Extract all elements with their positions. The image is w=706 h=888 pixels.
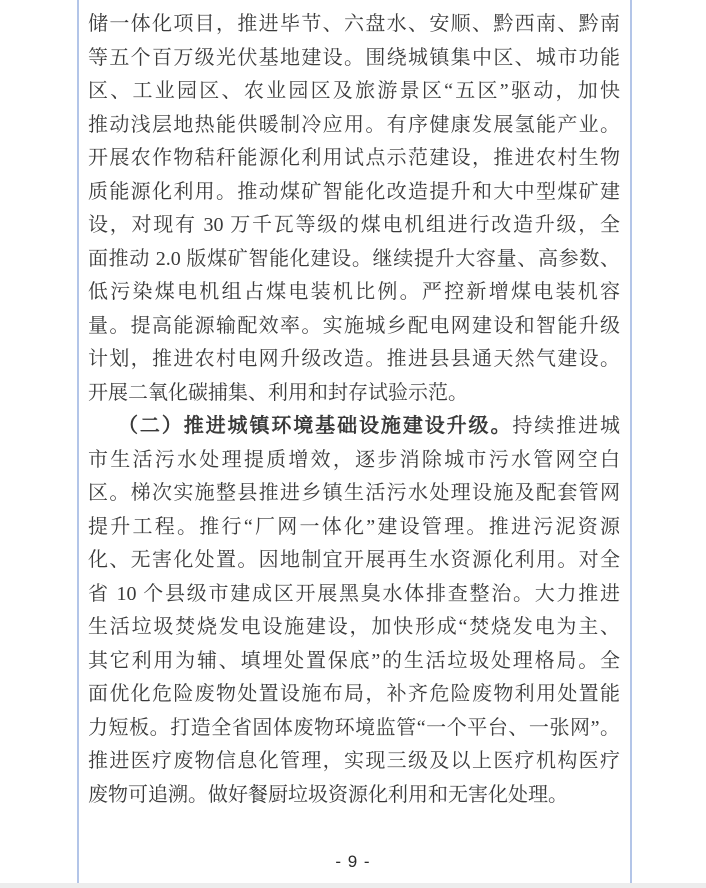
text-line: 生活垃圾焚烧发电设施建设，加快形成“焚烧发电为主、 <box>88 611 620 645</box>
body-text: 提升工程。推行“厂网一体化”建设管理。推进污泥资源 <box>88 516 620 538</box>
text-line: 化、无害化处置。因地制宜开展再生水资源化利用。对全 <box>88 544 620 578</box>
body-text: 面推动 2.0 版煤矿智能化建设。继续提升大容量、高参数、 <box>88 248 620 270</box>
text-line: 开展农作物秸秆能源化利用试点示范建设，推进农村生物 <box>88 142 620 176</box>
text-line: 废物可追溯。做好餐厨垃圾资源化利用和无害化处理。 <box>88 779 620 813</box>
text-line: 等五个百万级光伏基地建设。围绕城镇集中区、城市功能 <box>88 42 620 76</box>
text-line: （二）推进城镇环境基础设施建设升级。持续推进城 <box>88 410 620 444</box>
body-text: 区。梯次实施整县推进乡镇生活污水处理设施及配套管网 <box>88 482 620 504</box>
body-text: 计划，推进农村电网升级改造。推进县县通天然气建设。 <box>88 348 620 370</box>
scan-artifact-band <box>0 883 706 888</box>
text-line: 量。提高能源输配效率。实施城乡配电网建设和智能升级 <box>88 310 620 344</box>
body-text: 面优化危险废物处置设施布局，补齐危险废物利用处置能 <box>88 683 620 705</box>
body-text: 区、工业园区、农业园区及旅游景区“五区”驱动，加快 <box>88 80 620 102</box>
body-text: 储一体化项目，推进毕节、六盘水、安顺、黔西南、黔南 <box>88 13 620 35</box>
body-text: 市生活污水处理提质增效，逐步消除城市污水管网空白 <box>88 449 620 471</box>
text-line: 储一体化项目，推进毕节、六盘水、安顺、黔西南、黔南 <box>88 8 620 42</box>
text-line: 推进医疗废物信息化管理，实现三级及以上医疗机构医疗 <box>88 745 620 779</box>
body-text: 质能源化利用。推动煤矿智能化改造提升和大中型煤矿建 <box>88 181 620 203</box>
body-text: 设，对现有 30 万千瓦等级的煤电机组进行改造升级，全 <box>88 214 620 236</box>
body-text: 持续推进城 <box>512 415 620 437</box>
text-line: 力短板。打造全省固体废物环境监管“一个平台、一张网”。 <box>88 712 620 746</box>
text-line: 低污染煤电机组占煤电装机比例。严控新增煤电装机容 <box>88 276 620 310</box>
body-text: 量。提高能源输配效率。实施城乡配电网建设和智能升级 <box>88 315 620 337</box>
body-text: 等五个百万级光伏基地建设。围绕城镇集中区、城市功能 <box>88 47 620 69</box>
document-body: 储一体化项目，推进毕节、六盘水、安顺、黔西南、黔南等五个百万级光伏基地建设。围绕… <box>88 8 620 812</box>
body-text: 省 10 个县级市建成区开展黑臭水体排查整治。大力推进 <box>88 583 620 605</box>
text-line: 市生活污水处理提质增效，逐步消除城市污水管网空白 <box>88 444 620 478</box>
body-text: 推进医疗废物信息化管理，实现三级及以上医疗机构医疗 <box>88 750 620 772</box>
body-text: 推动浅层地热能供暖制冷应用。有序健康发展氢能产业。 <box>88 114 620 136</box>
body-text: 开展二氧化碳捕集、利用和封存试验示范。 <box>88 382 468 404</box>
text-line: 设，对现有 30 万千瓦等级的煤电机组进行改造升级，全 <box>88 209 620 243</box>
text-line: 提升工程。推行“厂网一体化”建设管理。推进污泥资源 <box>88 511 620 545</box>
text-line: 区。梯次实施整县推进乡镇生活污水处理设施及配套管网 <box>88 477 620 511</box>
body-text: 废物可追溯。做好餐厨垃圾资源化利用和无害化处理。 <box>88 784 568 806</box>
right-margin-rule <box>630 0 632 888</box>
text-line: 质能源化利用。推动煤矿智能化改造提升和大中型煤矿建 <box>88 176 620 210</box>
text-line: 计划，推进农村电网升级改造。推进县县通天然气建设。 <box>88 343 620 377</box>
document-page: 储一体化项目，推进毕节、六盘水、安顺、黔西南、黔南等五个百万级光伏基地建设。围绕… <box>0 0 706 888</box>
text-line: 推动浅层地热能供暖制冷应用。有序健康发展氢能产业。 <box>88 109 620 143</box>
text-line: 其它利用为辅、填埋处置保底”的生活垃圾处理格局。全 <box>88 645 620 679</box>
body-text: 其它利用为辅、填埋处置保底”的生活垃圾处理格局。全 <box>88 650 620 672</box>
text-line: 开展二氧化碳捕集、利用和封存试验示范。 <box>88 377 620 411</box>
body-text: 化、无害化处置。因地制宜开展再生水资源化利用。对全 <box>88 549 620 571</box>
text-line: 面推动 2.0 版煤矿智能化建设。继续提升大容量、高参数、 <box>88 243 620 277</box>
text-line: 省 10 个县级市建成区开展黑臭水体排查整治。大力推进 <box>88 578 620 612</box>
text-line: 区、工业园区、农业园区及旅游景区“五区”驱动，加快 <box>88 75 620 109</box>
body-text: 低污染煤电机组占煤电装机比例。严控新增煤电装机容 <box>88 281 620 303</box>
text-line: 面优化危险废物处置设施布局，补齐危险废物利用处置能 <box>88 678 620 712</box>
body-text: 力短板。打造全省固体废物环境监管“一个平台、一张网”。 <box>88 717 620 739</box>
left-margin-rule <box>77 0 79 888</box>
body-text: 生活垃圾焚烧发电设施建设，加快形成“焚烧发电为主、 <box>88 616 620 638</box>
page-number: - 9 - <box>0 852 706 872</box>
section-heading-text: （二）推进城镇环境基础设施建设升级。 <box>118 415 512 437</box>
body-text: 开展农作物秸秆能源化利用试点示范建设，推进农村生物 <box>88 147 620 169</box>
